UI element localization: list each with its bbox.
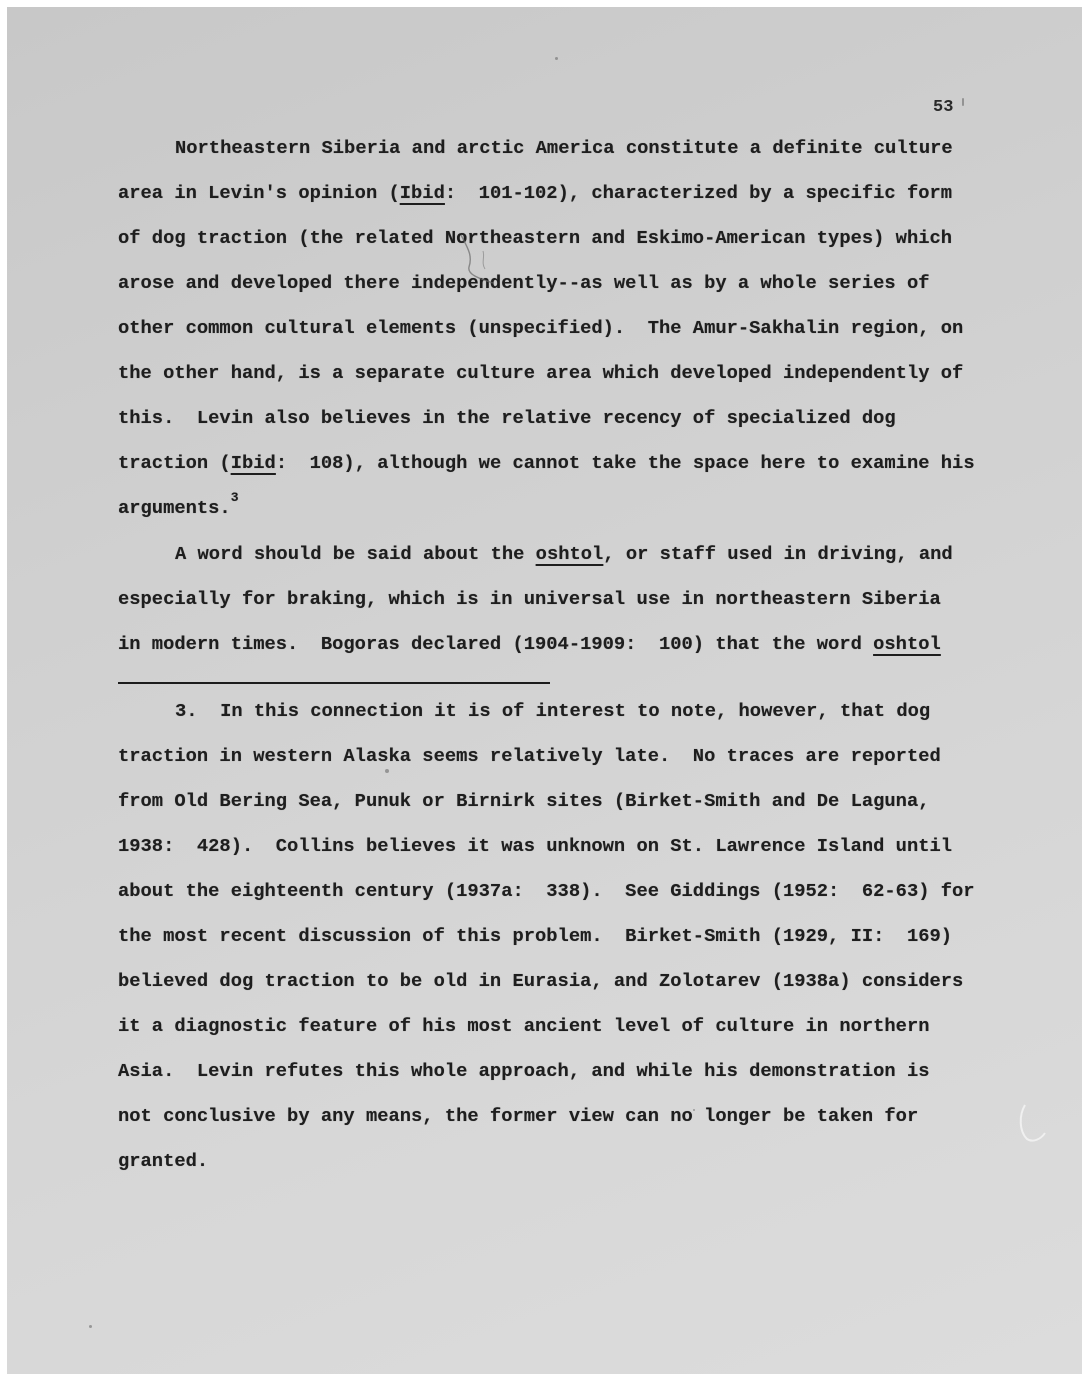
text-line: arguments.3 (118, 497, 239, 519)
text-line: 3. In this connection it is of interest … (175, 700, 930, 722)
footnote-reference: 3 (231, 490, 239, 505)
underlined-citation: Ibid (231, 452, 276, 474)
text-segment: arguments. (118, 497, 231, 519)
underlined-citation: Ibid (400, 182, 445, 204)
scan-speck (89, 1325, 92, 1328)
footnote-number: 3. (175, 700, 198, 722)
underlined-term: oshtol (536, 543, 604, 565)
scan-speck (385, 769, 389, 773)
text-line: other common cultural elements (unspecif… (118, 317, 963, 339)
text-line: the other hand, is a separate culture ar… (118, 362, 963, 384)
scan-speck (555, 57, 558, 60)
text-segment: A word should be said about the (175, 543, 536, 565)
text-segment: In this connection it is of interest to … (220, 700, 930, 722)
text-line: it a diagnostic feature of his most anci… (118, 1015, 929, 1037)
text-line: Asia. Levin refutes this whole approach,… (118, 1060, 929, 1082)
text-line: about the eighteenth century (1937a: 338… (118, 880, 975, 902)
text-line: granted. (118, 1150, 208, 1172)
text-line: arose and developed there independently-… (118, 272, 929, 294)
text-line: in modern times. Bogoras declared (1904-… (118, 633, 941, 655)
text-segment: : 101-102), characterized by a specific … (445, 182, 952, 204)
scan-speck (693, 1109, 695, 1111)
footnote-separator (118, 682, 550, 684)
text-line: this. Levin also believes in the relativ… (118, 407, 896, 429)
text-line: area in Levin's opinion (Ibid: 101-102),… (118, 182, 952, 204)
text-line: believed dog traction to be old in Euras… (118, 970, 963, 992)
text-line: A word should be said about the oshtol, … (175, 543, 953, 565)
scanned-page: 53 Northeastern Siberia and arctic Ameri… (7, 7, 1082, 1374)
text-line: traction in western Alaska seems relativ… (118, 745, 941, 767)
text-segment: traction ( (118, 452, 231, 474)
text-segment: , or staff used in driving, and (603, 543, 952, 565)
scan-speck (962, 98, 964, 106)
scan-scratch-mark (459, 233, 499, 289)
text-line: from Old Bering Sea, Punuk or Birnirk si… (118, 790, 929, 812)
page-number: 53 (933, 98, 953, 117)
text-line: 1938: 428). Collins believes it was unkn… (118, 835, 952, 857)
text-line: especially for braking, which is in univ… (118, 588, 941, 610)
text-line: the most recent discussion of this probl… (118, 925, 952, 947)
text-segment: area in Levin's opinion ( (118, 182, 400, 204)
text-line: Northeastern Siberia and arctic America … (175, 137, 953, 159)
scan-margin-mark (1017, 1103, 1047, 1143)
text-line: traction (Ibid: 108), although we cannot… (118, 452, 975, 474)
text-segment: : 108), although we cannot take the spac… (276, 452, 975, 474)
text-line: not conclusive by any means, the former … (118, 1105, 918, 1127)
text-segment: in modern times. Bogoras declared (1904-… (118, 633, 873, 655)
underlined-term: oshtol (873, 633, 941, 655)
text-line: of dog traction (the related Northeaster… (118, 227, 952, 249)
